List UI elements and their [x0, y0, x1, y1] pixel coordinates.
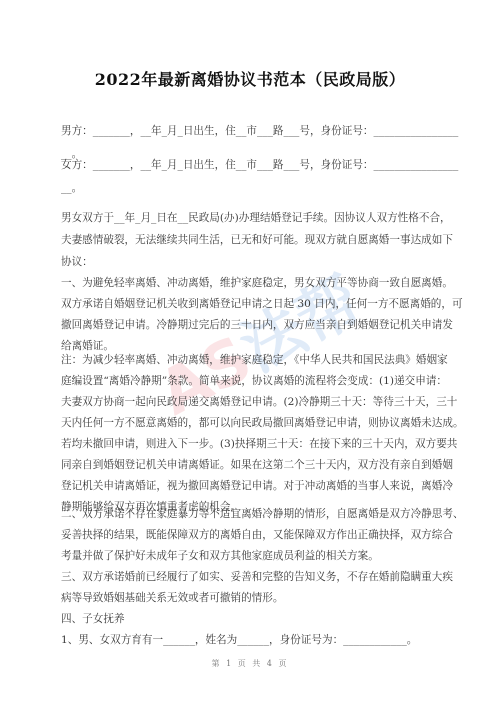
intro-line: 男女双方于__年_月_日在__民政局(办)办理结婚登记手续。因协议人双方性格不合…	[61, 211, 481, 225]
note-line: 若均未撤回申请，则进入下一步。(3)抉择期三十天：在接下来的三十天内，双方要共	[61, 437, 481, 451]
document-title: 2022年最新离婚协议书范本（民政局版）	[0, 67, 500, 90]
male-party-line: 男方：_______，__年_月_日出生，住__市___路___号，身份证号：_…	[61, 124, 481, 138]
clause1-line: 双方承诺自婚姻登记机关收到离婚登记申请之日起 30 日内，任何一方不愿离婚的，可	[61, 297, 481, 311]
clause3-line: 病等导致婚姻基础关系无效或者可撤销的情形。	[61, 591, 481, 605]
clause1-line: 一、为避免轻率离婚、冲动离婚，维护家庭稳定，男女双方平等协商一致自愿离婚。	[61, 276, 481, 290]
clause4-item1: 1、男、女双方育有一______，姓名为______，身份证号为：_______…	[61, 633, 481, 647]
clause3-line: 三、双方承诺婚前已经履行了如实、妥善和完整的告知义务，不存在婚前隐瞒重大疾	[61, 570, 481, 584]
clause1-line: 给离婚证。	[61, 339, 481, 353]
intro-line: 协议：	[61, 255, 481, 269]
clause2-line: 考量并做了保护好未成年子女和双方其他家庭成员利益的相关方案。	[61, 549, 481, 563]
female-party-line-cont: __。	[61, 181, 481, 195]
note-line: 夫妻双方协商一起向民政局递交离婚登记申请。(2)冷静期三十天：等待三十天，三十	[61, 395, 481, 409]
note-line: 天内任何一方不愿意离婚的，都可以向民政局撤回离婚登记申请，则协议离婚未达成。	[61, 416, 481, 430]
clause4-heading: 四、子女抚养	[61, 612, 481, 626]
intro-line: 夫妻感情破裂，无法继续共同生活，已无和好可能。现双方就自愿离婚一事达成如下	[61, 233, 481, 247]
page-number-footer: 第 1 页 共 4 页	[0, 658, 500, 669]
note-line: 登记机关申请离婚证，视为撤回离婚登记申请。对于冲动离婚的当事人来说，离婚冷	[61, 479, 481, 493]
clause2-line: 二、双方承诺不存在家庭暴力等不适宜离婚冷静期的情形，自愿离婚是双方冷静思考、	[61, 507, 481, 521]
note-line: 庭编设置“离婚冷静期”条款。简单来说，协议离婚的流程将会变成：(1)递交申请：	[61, 374, 481, 388]
note-line: 注：为减少轻率离婚、冲动离婚，维护家庭稳定，《中华人民共和国民法典》婚姻家	[61, 353, 481, 367]
female-party-line: 女方：_______，__年_月_日出生，住__市___路___号，身份证号：_…	[61, 158, 481, 172]
note-line: 同亲自到婚姻登记机关申请离婚证。如果在这第二个三十天内，双方没有亲自到婚姻	[61, 458, 481, 472]
document-page: AS法帮 2022年最新离婚协议书范本（民政局版） 男方：_______，__年…	[0, 0, 500, 706]
clause2-line: 妥善抉择的结果，既能保障双方的离婚自由，又能保障双方作出正确抉择，双方综合	[61, 528, 481, 542]
clause1-line: 撤回离婚登记申请。冷静期过完后的三十日内，双方应当亲自到婚姻登记机关申请发	[61, 318, 481, 332]
